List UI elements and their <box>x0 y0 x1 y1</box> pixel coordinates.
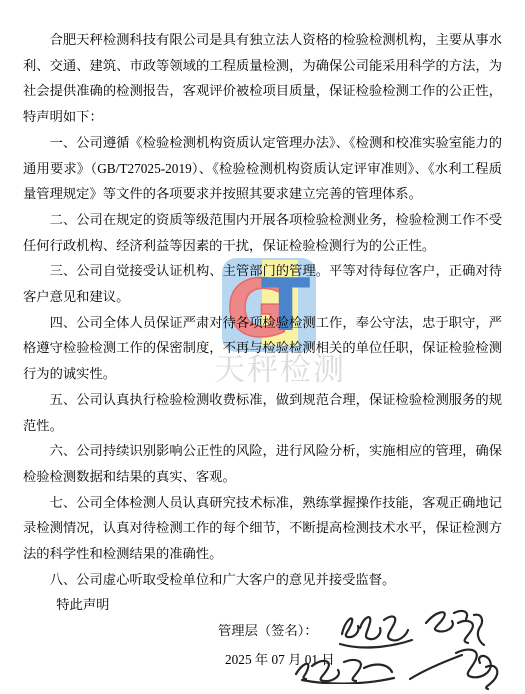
document-page: G T 天秤检测 合肥天秤检测科技有限公司是具有独立法人资格的检验检测机构，主要… <box>0 0 525 694</box>
declaration-body: 合肥天秤检测科技有限公司是具有独立法人资格的检验检测机构，主要从事水利、交通、建… <box>0 0 525 673</box>
declaration-item-7: 七、公司全体检测人员认真研究技术标准，熟练掌握操作技能，客观正确地记录检测情况，… <box>23 490 502 567</box>
declaration-item-3: 三、公司自觉接受认证机构、主管部门的管理。平等对待每位客户，正确对待客户意见和建… <box>23 258 502 309</box>
handwritten-signature-3 <box>292 650 398 684</box>
declaration-item-2: 二、公司在规定的资质等级范围内开展各项检验检测业务，检验检测工作不受任何行政机构… <box>23 207 502 258</box>
declaration-item-1: 一、公司遵循《检验检测机构资质认定管理办法》、《检测和校准实验室能力的通用要求》… <box>23 130 502 207</box>
signature-label: 管理层（签名）： <box>218 623 318 638</box>
declaration-item-8: 八、公司虚心听取受检单位和广大客户的意见并接受监督。 <box>23 567 502 593</box>
handwritten-signature-1 <box>336 606 414 652</box>
handwritten-signature-4 <box>406 643 504 691</box>
declaration-item-5: 五、公司认真执行检验检测收费标准，做到规范合理，保证检验检测服务的规范性。 <box>23 387 502 438</box>
declaration-item-6: 六、公司持续识别影响公正性的风险，进行风险分析，实施相应的管理，确保检验检测数据… <box>23 438 502 489</box>
declaration-item-4: 四、公司全体人员保证严肃对待各项检验检测工作，奉公守法，忠于职守，严格遵守检验检… <box>23 310 502 387</box>
intro-paragraph: 合肥天秤检测科技有限公司是具有独立法人资格的检验检测机构，主要从事水利、交通、建… <box>23 27 502 130</box>
